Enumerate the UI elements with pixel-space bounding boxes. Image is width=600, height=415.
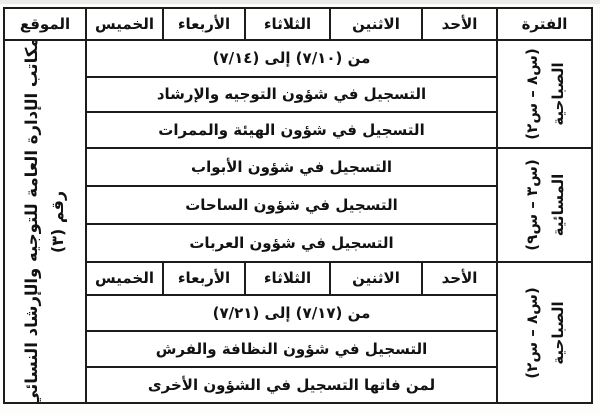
week1-date-range-row: من (٧/١٠) إلى (٧/١٤) [86, 40, 497, 77]
period-hours: (س٨ – س٢) [519, 287, 545, 378]
location-cell: مكاتب الإدارة العامة للتوجيه والإرشاد ال… [4, 40, 86, 403]
schedule-row-gates: التسجيل في شؤون الأبواب [86, 148, 497, 186]
col-header2-day-sunday: الأحد [422, 262, 497, 295]
col-header-day-wednesday: الأربعاء [163, 8, 245, 40]
schedule-row-carts: التسجيل في شؤون العربات [86, 224, 497, 262]
period-evening-text: (س٣ – س٩) المسائية [519, 159, 571, 250]
col-header2-day-monday: الاثنين [330, 262, 422, 295]
location-number: رقم (٣) [45, 40, 71, 403]
period-morning-week1-text: (س٨ – س٢) الصباحية [519, 48, 571, 139]
col-header-day-tuesday: الثلاثاء [245, 8, 330, 40]
col-header2-day-thursday: الخميس [86, 262, 163, 295]
location-name: مكاتب الإدارة العامة للتوجيه والإرشاد ال… [19, 40, 45, 403]
week2-date-range-row: من (٧/١٧) إلى (٧/٢١) [86, 295, 497, 331]
period-label: المسائية [545, 159, 571, 250]
schedule-row-staff-corridors: التسجيل في شؤون الهيئة والممرات [86, 112, 497, 148]
schedule-row-courtyards: التسجيل في شؤون الساحات [86, 186, 497, 224]
col-header-day-monday: الاثنين [330, 8, 422, 40]
schedule-row-guidance: التسجيل في شؤون التوجيه والإرشاد [86, 77, 497, 112]
scanned-schedule-page: الموقع الخميس الأربعاء الثلاثاء الاثنين … [0, 0, 600, 415]
period-hours: (س٣ – س٩) [519, 159, 545, 250]
col-header-period: الفترة [497, 8, 592, 40]
col-header2-day-tuesday: الثلاثاء [245, 262, 330, 295]
col-header-day-thursday: الخميس [86, 8, 163, 40]
period-label: الصباحية [545, 48, 571, 139]
period-hours: (س٨ – س٢) [519, 48, 545, 139]
period-cell-morning-week1: (س٨ – س٢) الصباحية [497, 40, 592, 148]
col-header-day-sunday: الأحد [422, 8, 497, 40]
period-label: الصباحية [545, 287, 571, 378]
location-vertical-text: مكاتب الإدارة العامة للتوجيه والإرشاد ال… [19, 40, 71, 403]
col-header-location: الموقع [4, 8, 86, 40]
period-cell-morning-week2: (س٨ – س٢) الصباحية [497, 262, 592, 403]
period-cell-evening: (س٣ – س٩) المسائية [497, 148, 592, 262]
col-header2-day-wednesday: الأربعاء [163, 262, 245, 295]
period-morning-week2-text: (س٨ – س٢) الصباحية [519, 287, 571, 378]
schedule-row-missed-registration: لمن فاتها التسجيل في الشؤون الأخرى [86, 367, 497, 403]
schedule-row-cleaning-furnishing: التسجيل في شؤون النظافة والفرش [86, 331, 497, 367]
